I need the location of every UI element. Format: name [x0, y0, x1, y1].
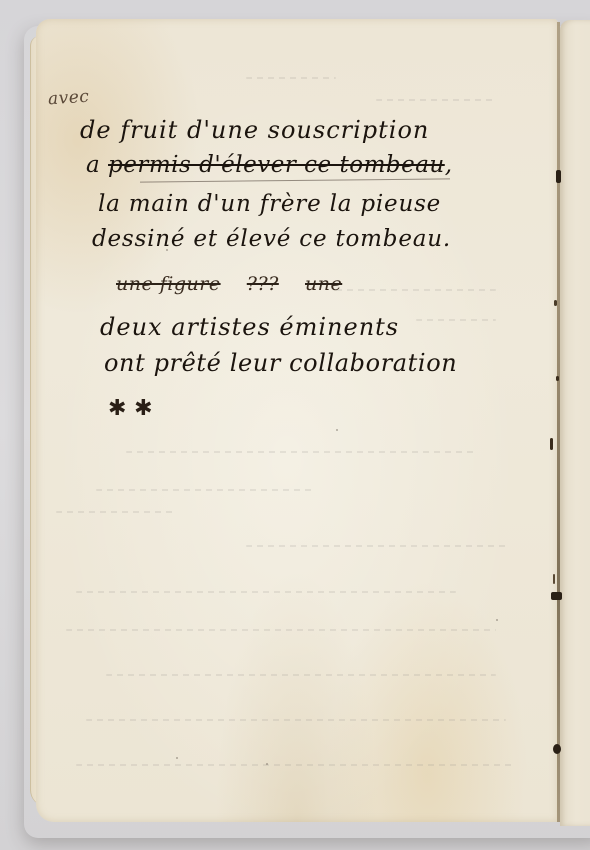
- binding-gutter: [557, 22, 560, 822]
- manuscript-line-6: deux artistes éminents: [100, 313, 399, 341]
- manuscript-line-7: ont prêté leur collaboration: [104, 349, 457, 377]
- binding-thread: [553, 744, 561, 754]
- binding-thread: [556, 376, 559, 381]
- manuscript-line-5: une figure ??? une: [116, 273, 342, 295]
- binding-thread: [556, 170, 561, 183]
- line-5-struck-3: une: [305, 273, 342, 295]
- manuscript-line-3: la main d'un frère la pieuse: [98, 191, 441, 217]
- binding-thread: [553, 574, 555, 584]
- manuscript-line-1: de fruit d'une souscription: [80, 116, 429, 144]
- manuscript-line-4: dessiné et élevé ce tombeau.: [92, 226, 451, 252]
- binding-thread: [550, 438, 553, 450]
- binding-thread: [554, 300, 557, 306]
- line-5-struck-1: une figure: [116, 273, 221, 295]
- line-2-suffix: ,: [445, 152, 453, 178]
- manuscript-line-2: a permis d'élever ce tombeau,: [86, 152, 453, 178]
- line-2-struck-text: permis d'élever ce tombeau: [108, 152, 445, 178]
- line-5-struck-2: ???: [247, 273, 279, 295]
- facing-page: [560, 20, 590, 826]
- binding-thread: [551, 592, 562, 600]
- scan-scene: avec de fruit d'une souscription a permi…: [0, 0, 590, 850]
- ink-end-mark: ✱ ✱: [108, 396, 153, 421]
- margin-note: avec: [47, 87, 90, 110]
- line-2-prefix: a: [86, 152, 100, 178]
